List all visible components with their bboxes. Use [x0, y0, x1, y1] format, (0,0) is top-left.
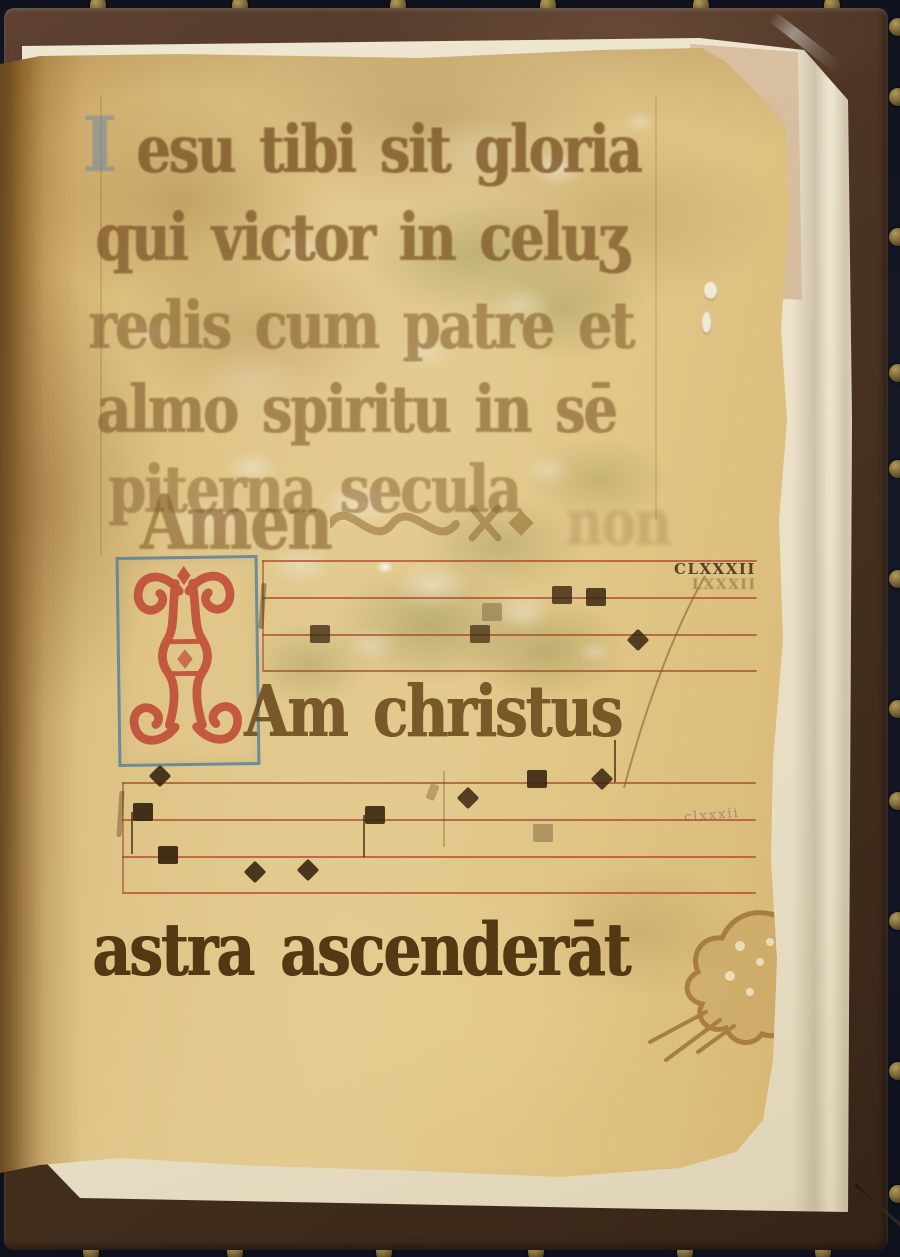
chant-text-line-2: astra ascenderāt — [92, 908, 629, 993]
hymn-line-2: qui victor in celuʒ — [95, 198, 627, 276]
neume-stem — [363, 815, 365, 857]
brass-stud-right — [889, 18, 900, 36]
neume-diamond — [244, 861, 267, 884]
parchment-tear — [702, 312, 711, 333]
folio-number-offset: LXXXII — [692, 577, 757, 593]
staff-line — [262, 670, 757, 672]
staff-line — [262, 597, 757, 599]
stain-overlay-brown — [0, 0, 900, 1257]
staff-line — [122, 782, 756, 784]
ruling-line-right — [655, 95, 657, 520]
neume-square — [158, 846, 178, 864]
neume-diamond — [591, 768, 614, 791]
neume-square — [470, 625, 490, 643]
neume-stem — [131, 812, 133, 854]
staff-line — [122, 819, 756, 821]
staff-line — [262, 634, 757, 636]
ruling-line-left — [100, 95, 102, 555]
neume-diamond — [297, 859, 320, 882]
neume-square — [365, 806, 385, 824]
brass-stud-right — [889, 1185, 900, 1203]
amen-flourish — [330, 500, 560, 546]
brass-stud-right — [889, 364, 900, 382]
neume-square — [133, 803, 153, 821]
staff-edge — [122, 782, 124, 892]
neume-square — [586, 588, 606, 606]
folio-number-pencil: clxxxii — [683, 806, 740, 826]
hymn-line-3: redis cum patre et — [88, 286, 633, 364]
neume-clef — [116, 791, 124, 837]
brass-stud-right — [889, 228, 900, 246]
neume-diamond — [627, 629, 650, 652]
brass-stud-right — [889, 88, 900, 106]
neume-clef — [258, 583, 266, 629]
brass-stud-right — [889, 460, 900, 478]
neume-stem — [614, 740, 616, 782]
pen-scratch-line — [610, 550, 730, 800]
brass-stud-right — [889, 912, 900, 930]
chant-text-line-1: Am christus — [244, 670, 621, 753]
initial-frame-blue — [116, 555, 261, 767]
amen-ghost-text: non — [565, 486, 669, 560]
decorated-initial-I — [119, 558, 252, 758]
photograph-of-manuscript: { "manuscript": { "kind": "illuminated a… — [0, 0, 900, 1257]
brass-stud-right — [889, 700, 900, 718]
staff-line — [122, 856, 756, 858]
neume-bar — [443, 771, 445, 847]
staff-line — [122, 892, 756, 894]
neume-square — [310, 625, 330, 643]
folio-number: CLXXXII — [674, 560, 756, 578]
parchment-page: I esu tibi sit gloria qui victor in celu… — [0, 0, 900, 1257]
staff-edge — [262, 560, 264, 670]
neume-square — [527, 770, 547, 788]
hymn-line-1: esu tibi sit gloria — [136, 110, 640, 188]
amen-word: Amen — [140, 478, 330, 567]
brass-stud-right — [889, 1062, 900, 1080]
brass-stud-right — [889, 570, 900, 588]
neume-diamond — [457, 787, 480, 810]
stain-overlay-green — [0, 0, 900, 1257]
neume-tick — [425, 783, 439, 801]
neume-square — [552, 586, 572, 604]
neume-diamond — [149, 765, 172, 788]
brass-stud-right — [889, 792, 900, 810]
parchment-tear — [704, 282, 717, 299]
neume-square — [533, 824, 553, 842]
chalk-patches — [0, 0, 900, 1257]
hymn-line-4: almo spiritu in sē — [96, 370, 615, 448]
blue-capital-initial: I — [82, 100, 118, 189]
staff-line — [262, 560, 757, 562]
neume-square — [482, 603, 502, 621]
hymn-line-5: piterna secula — [108, 450, 519, 528]
